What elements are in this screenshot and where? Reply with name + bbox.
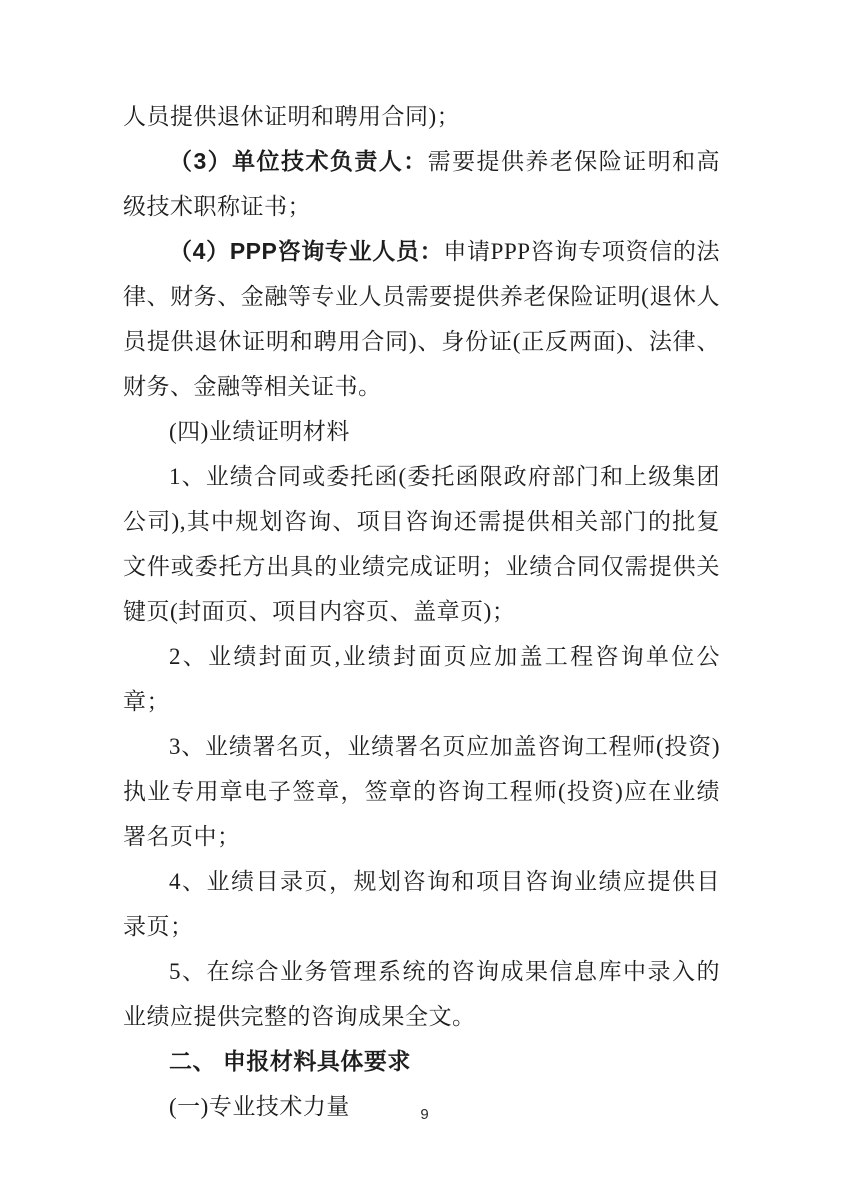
bold-lead: （3）单位技术负责人： — [169, 148, 428, 174]
para-item3-performance-signature-page: 3、业绩署名页，业绩署名页应加盖咨询工程师(投资)执业专用章电子签章，签章的咨询… — [123, 724, 720, 859]
bold-lead: 二、 申报材料具体要求 — [169, 1048, 411, 1074]
page-number: 9 — [0, 1106, 849, 1123]
para-item5-consulting-results-fulltext: 5、在综合业务管理系统的咨询成果信息库中录入的业绩应提供完整的咨询成果全文。 — [123, 949, 720, 1039]
body-text: 4、业绩目录页，规划咨询和项目咨询业绩应提供目录页； — [123, 869, 720, 939]
para-section4-performance-proof-materials: (四)业绩证明材料 — [123, 409, 720, 454]
bold-lead: （4）PPP咨询专业人员： — [169, 238, 443, 264]
document-page: 人员提供退休证明和聘用合同)； （3）单位技术负责人：需要提供养老保险证明和高级… — [0, 0, 849, 1200]
document-body: 人员提供退休证明和聘用合同)； （3）单位技术负责人：需要提供养老保险证明和高级… — [123, 94, 720, 1129]
body-text: 5、在综合业务管理系统的咨询成果信息库中录入的业绩应提供完整的咨询成果全文。 — [123, 959, 720, 1029]
body-text: 3、业绩署名页，业绩署名页应加盖咨询工程师(投资)执业专用章电子签章，签章的咨询… — [123, 734, 720, 849]
para-item4-performance-toc-page: 4、业绩目录页，规划咨询和项目咨询业绩应提供目录页； — [123, 859, 720, 949]
body-text: (四)业绩证明材料 — [169, 419, 350, 444]
para-item2-performance-cover-page: 2、业绩封面页,业绩封面页应加盖工程咨询单位公章； — [123, 634, 720, 724]
para-item4-ppp-consultants: （4）PPP咨询专业人员：申请PPP咨询专项资信的法律、财务、金融等专业人员需要… — [123, 229, 720, 409]
heading-section2-application-material-requirements: 二、 申报材料具体要求 — [123, 1039, 720, 1084]
para-item1-performance-contract: 1、业绩合同或委托函(委托函限政府部门和上级集团公司),其中规划咨询、项目咨询还… — [123, 454, 720, 634]
body-text: 人员提供退休证明和聘用合同)； — [123, 104, 460, 129]
body-text: 1、业绩合同或委托函(委托函限政府部门和上级集团公司),其中规划咨询、项目咨询还… — [123, 464, 720, 624]
para-item3-technical-director: （3）单位技术负责人：需要提供养老保险证明和高级技术职称证书； — [123, 139, 720, 229]
para-continuation-retirement-proof: 人员提供退休证明和聘用合同)； — [123, 94, 720, 139]
body-text: 2、业绩封面页,业绩封面页应加盖工程咨询单位公章； — [123, 644, 720, 714]
